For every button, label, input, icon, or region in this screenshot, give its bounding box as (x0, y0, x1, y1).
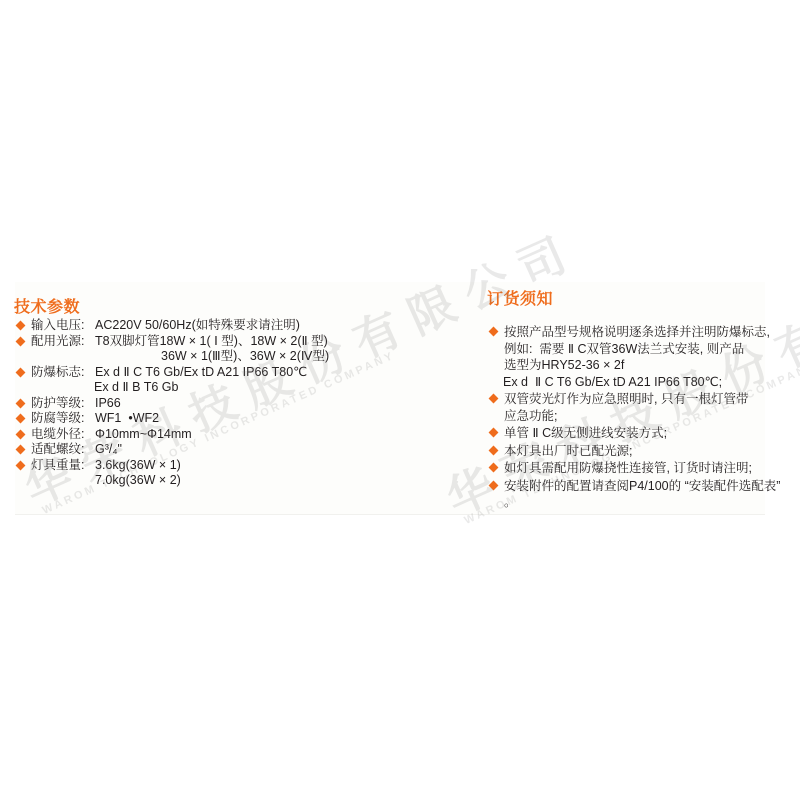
section-title-technical-parameters: 技术参数 (14, 298, 414, 318)
diamond-bullet-icon (16, 429, 26, 439)
spec-value: T8双脚灯管18W × 1( Ⅰ 型)、18W × 2(Ⅱ 型) (95, 334, 329, 350)
ordering-text: 双管荧光灯作为应急照明时, 只有一根灯管带 应急功能; (504, 391, 748, 424)
spec-item-input-voltage: 输入电压: AC220V 50/60Hz(如特殊要求请注明) (14, 318, 414, 334)
ordering-item: 如灯具需配用防爆挠性连接管, 订货时请注明; (487, 460, 787, 477)
ordering-item: 本灯具出厂时已配光源; (487, 443, 787, 460)
diamond-bullet-icon (16, 414, 26, 424)
ordering-line: 本灯具出厂时已配光源; (504, 443, 632, 460)
diamond-bullet-icon (489, 327, 499, 337)
diamond-bullet-icon (489, 428, 499, 438)
ordering-line: Ex d Ⅱ C T6 Gb/Ex tD A21 IP66 T80℃; (503, 374, 770, 391)
spec-item-weight: 灯具重量: 3.6kg(36W × 1) 7.0kg(36W × 2) (14, 458, 414, 489)
ordering-list: 按照产品型号规格说明逐条选择并注明防爆标志, 例如: 需要 Ⅱ C双管36W法兰… (487, 324, 787, 511)
spec-value: IP66 (95, 396, 121, 412)
ordering-line: 按照产品型号规格说明逐条选择并注明防爆标志, (504, 324, 770, 341)
spec-label: 电缆外径: (31, 427, 95, 443)
spec-item-anticorrosion-grade: 防腐等级: WF1 •WF2 (14, 411, 414, 427)
ordering-text: 按照产品型号规格说明逐条选择并注明防爆标志, 例如: 需要 Ⅱ C双管36W法兰… (504, 324, 770, 390)
diamond-bullet-icon (16, 367, 26, 377)
ordering-line: 单管 Ⅱ C级无侧进线安装方式; (504, 425, 667, 442)
section-title-ordering-notes: 订货须知 (487, 290, 787, 310)
spec-values: AC220V 50/60Hz(如特殊要求请注明) (95, 318, 300, 334)
ordering-line: 安装附件的配置请查阅P4/100的 “安装配件选配表” 。 (504, 478, 787, 511)
spec-label: 灯具重量: (31, 458, 95, 489)
spec-values: IP66 (95, 396, 121, 412)
spec-value: Ex d Ⅱ B T6 Gb (94, 380, 307, 396)
spec-value: 7.0kg(36W × 2) (95, 473, 181, 489)
ordering-text: 如灯具需配用防爆挠性连接管, 订货时请注明; (504, 460, 752, 477)
diamond-bullet-icon (489, 480, 499, 490)
spec-values: T8双脚灯管18W × 1( Ⅰ 型)、18W × 2(Ⅱ 型) 36W × 1… (95, 334, 329, 365)
spec-item-explosion-proof-mark: 防爆标志: Ex d Ⅱ C T6 Gb/Ex tD A21 IP66 T80℃… (14, 365, 414, 396)
spec-values: Φ10mm~Φ14mm (95, 427, 192, 443)
spec-item-thread: 适配螺纹: G³/₄" (14, 442, 414, 458)
spec-values: G³/₄" (95, 442, 122, 458)
diamond-bullet-icon (489, 463, 499, 473)
spec-value: Ex d Ⅱ C T6 Gb/Ex tD A21 IP66 T80℃ (95, 365, 307, 381)
spec-label: 输入电压: (31, 318, 95, 334)
spec-value: Φ10mm~Φ14mm (95, 427, 192, 443)
diamond-bullet-icon (16, 445, 26, 455)
spec-values: Ex d Ⅱ C T6 Gb/Ex tD A21 IP66 T80℃ Ex d … (95, 365, 307, 396)
ordering-item: 安装附件的配置请查阅P4/100的 “安装配件选配表” 。 (487, 478, 787, 511)
ordering-item: 按照产品型号规格说明逐条选择并注明防爆标志, 例如: 需要 Ⅱ C双管36W法兰… (487, 324, 787, 390)
ordering-notes-section: 订货须知 按照产品型号规格说明逐条选择并注明防爆标志, 例如: 需要 Ⅱ C双管… (487, 290, 787, 512)
spec-label: 配用光源: (31, 334, 95, 365)
diamond-bullet-icon (489, 394, 499, 404)
spec-values: WF1 •WF2 (95, 411, 159, 427)
spec-value: 3.6kg(36W × 1) (95, 458, 181, 474)
spec-item-light-source: 配用光源: T8双脚灯管18W × 1( Ⅰ 型)、18W × 2(Ⅱ 型) 3… (14, 334, 414, 365)
ordering-item: 单管 Ⅱ C级无侧进线安装方式; (487, 425, 787, 442)
spec-value: G³/₄" (95, 442, 122, 458)
ordering-line: 应急功能; (504, 408, 748, 425)
ordering-text: 本灯具出厂时已配光源; (504, 443, 632, 460)
ordering-line: 双管荧光灯作为应急照明时, 只有一根灯管带 (504, 391, 748, 408)
spec-value: WF1 •WF2 (95, 411, 159, 427)
spec-values: 3.6kg(36W × 1) 7.0kg(36W × 2) (95, 458, 181, 489)
spec-label: 防爆标志: (31, 365, 95, 396)
ordering-line: 选型为HRY52-36 × 2f (504, 357, 770, 374)
spec-value: 36W × 1(Ⅲ型)、36W × 2(Ⅳ型) (95, 349, 329, 365)
diamond-bullet-icon (489, 445, 499, 455)
spec-value: AC220V 50/60Hz(如特殊要求请注明) (95, 318, 300, 334)
diamond-bullet-icon (16, 398, 26, 408)
spec-label: 防腐等级: (31, 411, 95, 427)
ordering-line: 如灯具需配用防爆挠性连接管, 订货时请注明; (504, 460, 752, 477)
diamond-bullet-icon (16, 321, 26, 331)
spec-label: 适配螺纹: (31, 442, 95, 458)
ordering-item: 双管荧光灯作为应急照明时, 只有一根灯管带 应急功能; (487, 391, 787, 424)
ordering-text: 单管 Ⅱ C级无侧进线安装方式; (504, 425, 667, 442)
spec-list: 输入电压: AC220V 50/60Hz(如特殊要求请注明) 配用光源: T8双… (14, 318, 414, 489)
ordering-line: 例如: 需要 Ⅱ C双管36W法兰式安装, 则产品 (504, 341, 770, 358)
ordering-text: 安装附件的配置请查阅P4/100的 “安装配件选配表” 。 (504, 478, 787, 511)
diamond-bullet-icon (16, 460, 26, 470)
diamond-bullet-icon (16, 336, 26, 346)
spec-item-protection-grade: 防护等级: IP66 (14, 396, 414, 412)
technical-parameters-section: 技术参数 输入电压: AC220V 50/60Hz(如特殊要求请注明) 配用光源… (14, 298, 414, 489)
spec-item-cable-diameter: 电缆外径: Φ10mm~Φ14mm (14, 427, 414, 443)
spec-label: 防护等级: (31, 396, 95, 412)
